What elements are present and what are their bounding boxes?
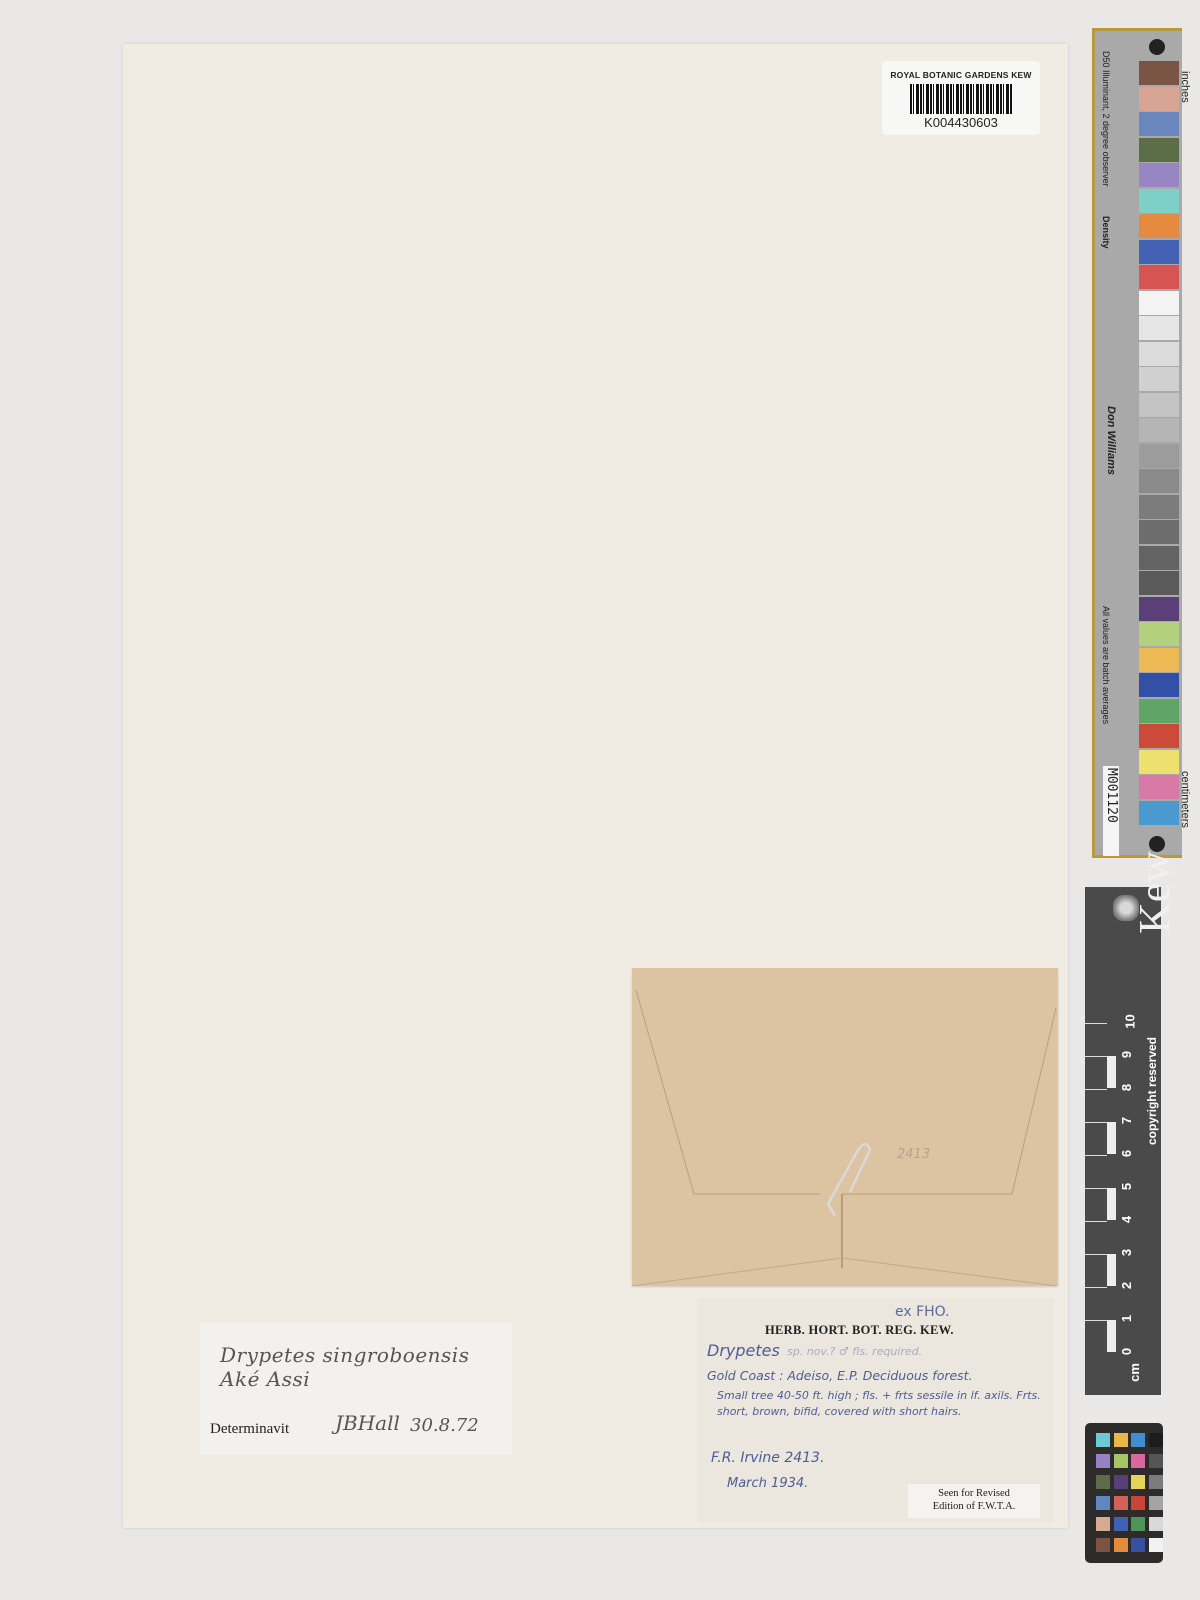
- genus-name: Drypetes: [707, 1341, 780, 1360]
- taxon-name: Drypetes singroboensis Aké Assi: [220, 1343, 512, 1391]
- scale-number: 0: [1119, 1348, 1134, 1355]
- color-patch: [1139, 724, 1179, 748]
- scale-block: [1107, 1089, 1116, 1121]
- color-patch: [1139, 367, 1179, 391]
- scale-number: 6: [1119, 1150, 1134, 1157]
- color-patch: [1139, 571, 1179, 595]
- color-patch: [1139, 87, 1179, 111]
- color-patch: [1139, 418, 1179, 442]
- checker-swatch: [1096, 1475, 1110, 1489]
- plant-description: Small tree 40-50 ft. high ; fls. + frts …: [717, 1388, 1047, 1420]
- checker-swatch: [1131, 1454, 1145, 1468]
- unit-label: cm: [1127, 1363, 1142, 1382]
- density-label: Density: [1101, 216, 1111, 249]
- color-patch: [1139, 138, 1179, 162]
- scale-block: [1107, 1122, 1116, 1154]
- checker-swatch: [1131, 1475, 1145, 1489]
- color-patch: [1139, 393, 1179, 417]
- scale-block: [1085, 1056, 1107, 1089]
- color-patch: [1139, 469, 1179, 493]
- determiner-signature: JBHall: [335, 1411, 400, 1435]
- institution-name: ROYAL BOTANIC GARDENS KEW: [882, 70, 1040, 80]
- color-patch: [1139, 520, 1179, 544]
- barcode-icon: [910, 84, 1012, 114]
- color-patch: [1139, 444, 1179, 468]
- scale-block: [1085, 1023, 1107, 1056]
- checker-swatch: [1131, 1538, 1145, 1552]
- checker-swatch: [1096, 1433, 1110, 1447]
- color-patch: [1139, 316, 1179, 340]
- scale-block: [1107, 1221, 1116, 1253]
- scale-number: 2: [1119, 1282, 1134, 1289]
- scale-block: [1107, 1320, 1116, 1352]
- checker-swatch: [1131, 1496, 1145, 1510]
- color-patch: [1139, 622, 1179, 646]
- strip-note-bottom: All values are batch averages: [1101, 606, 1111, 724]
- checker-swatch: [1114, 1475, 1128, 1489]
- checker-swatch: [1131, 1433, 1145, 1447]
- envelope-fold-lines: 2413: [632, 968, 1058, 1286]
- determination-label: Drypetes singroboensis Aké Assi Determin…: [200, 1323, 512, 1455]
- color-patch: [1139, 61, 1179, 85]
- checker-swatch: [1114, 1517, 1128, 1531]
- scale-block: [1085, 1320, 1107, 1353]
- fragment-envelope: 2413: [632, 968, 1058, 1286]
- color-patch: [1139, 597, 1179, 621]
- scale-number: 1: [1119, 1315, 1134, 1322]
- scale-block: [1085, 1254, 1107, 1287]
- scale-number: 5: [1119, 1183, 1134, 1190]
- scale-block: [1085, 1155, 1107, 1188]
- barcode-number: K004430603: [882, 115, 1040, 130]
- color-patch: [1139, 265, 1179, 289]
- color-patch: [1139, 189, 1179, 213]
- scale-number: 4: [1119, 1216, 1134, 1223]
- seen-line-2: Edition of F.W.T.A.: [908, 1500, 1040, 1513]
- scale-block: [1085, 1188, 1107, 1221]
- color-patch: [1139, 775, 1179, 799]
- checker-swatch: [1114, 1496, 1128, 1510]
- checker-swatch: [1149, 1517, 1163, 1531]
- color-reference-strip: D50 Illuminant, 2 degree observer Densit…: [1092, 28, 1182, 858]
- color-patch: [1139, 673, 1179, 697]
- scale-number: 3: [1119, 1249, 1134, 1256]
- checker-swatch: [1149, 1496, 1163, 1510]
- scale-number: 10: [1123, 1014, 1138, 1028]
- copyright-text: copyright reserved: [1145, 1037, 1159, 1145]
- color-patch: [1139, 495, 1179, 519]
- checker-swatch: [1149, 1433, 1163, 1447]
- scale-block: [1085, 1287, 1107, 1320]
- scale-block: [1107, 1254, 1116, 1286]
- scale-number: 9: [1119, 1051, 1134, 1058]
- herbarium-heading: HERB. HORT. BOT. REG. KEW.: [765, 1323, 954, 1338]
- checker-swatch: [1096, 1454, 1110, 1468]
- scale-block: [1107, 1056, 1116, 1088]
- checker-swatch: [1096, 1517, 1110, 1531]
- checker-swatch: [1149, 1475, 1163, 1489]
- strip-brand: Don Williams: [1105, 406, 1117, 475]
- determinavit-label: Determinavit: [210, 1421, 289, 1438]
- checker-swatch: [1114, 1454, 1128, 1468]
- collection-date: March 1934.: [727, 1476, 808, 1491]
- color-patch: [1139, 240, 1179, 264]
- fwta-seen-label: Seen for Revised Edition of F.W.T.A.: [908, 1484, 1040, 1518]
- checker-swatch: [1096, 1538, 1110, 1552]
- color-patch: [1139, 546, 1179, 570]
- scale-block: [1085, 1122, 1107, 1155]
- scale-number: 8: [1119, 1084, 1134, 1091]
- locality: Gold Coast : Adeiso, E.P. Deciduous fore…: [707, 1368, 973, 1383]
- color-patch: [1139, 112, 1179, 136]
- inches-label: inches: [1179, 71, 1191, 103]
- checker-swatch: [1114, 1538, 1128, 1552]
- color-patch: [1139, 750, 1179, 774]
- checker-swatch: [1131, 1517, 1145, 1531]
- ex-herbarium-note: ex FHO.: [895, 1304, 950, 1320]
- color-patch: [1139, 291, 1179, 315]
- scale-block: [1107, 1023, 1116, 1055]
- scale-block: [1085, 1221, 1107, 1254]
- color-patch: [1139, 163, 1179, 187]
- kew-logo: Kew: [1129, 851, 1180, 934]
- scale-number: 7: [1119, 1117, 1134, 1124]
- determination-date: 30.8.72: [410, 1415, 479, 1436]
- seen-line-1: Seen for Revised: [908, 1487, 1040, 1500]
- barcode-label: ROYAL BOTANIC GARDENS KEW K004430603: [882, 61, 1040, 135]
- svg-text:2413: 2413: [897, 1147, 930, 1162]
- punch-hole-icon: [1149, 836, 1165, 852]
- strip-code-label: M001120: [1103, 766, 1119, 856]
- centimeters-label: centimeters: [1179, 771, 1191, 828]
- checker-swatch: [1149, 1538, 1163, 1552]
- checker-swatch: [1114, 1433, 1128, 1447]
- genus-note: sp. nov.? ♂ fls. required.: [787, 1345, 922, 1358]
- scale-block: [1107, 1155, 1116, 1187]
- color-patch: [1139, 342, 1179, 366]
- paper-clip-icon: [828, 1144, 870, 1216]
- punch-hole-icon: [1149, 39, 1165, 55]
- scale-block: [1107, 1287, 1116, 1319]
- checker-swatch: [1149, 1454, 1163, 1468]
- color-patch: [1139, 214, 1179, 238]
- scale-block: [1107, 1188, 1116, 1220]
- kew-scale-bar: Kew 012345678910 copyright reserved cm: [1085, 887, 1161, 1395]
- strip-note-top: D50 Illuminant, 2 degree observer: [1101, 51, 1111, 187]
- scale-block: [1085, 1089, 1107, 1122]
- collector-number: F.R. Irvine 2413.: [711, 1450, 824, 1466]
- color-patch: [1139, 648, 1179, 672]
- checker-swatch: [1096, 1496, 1110, 1510]
- color-checker-card: [1085, 1423, 1163, 1563]
- color-patch: [1139, 699, 1179, 723]
- color-patch: [1139, 801, 1179, 825]
